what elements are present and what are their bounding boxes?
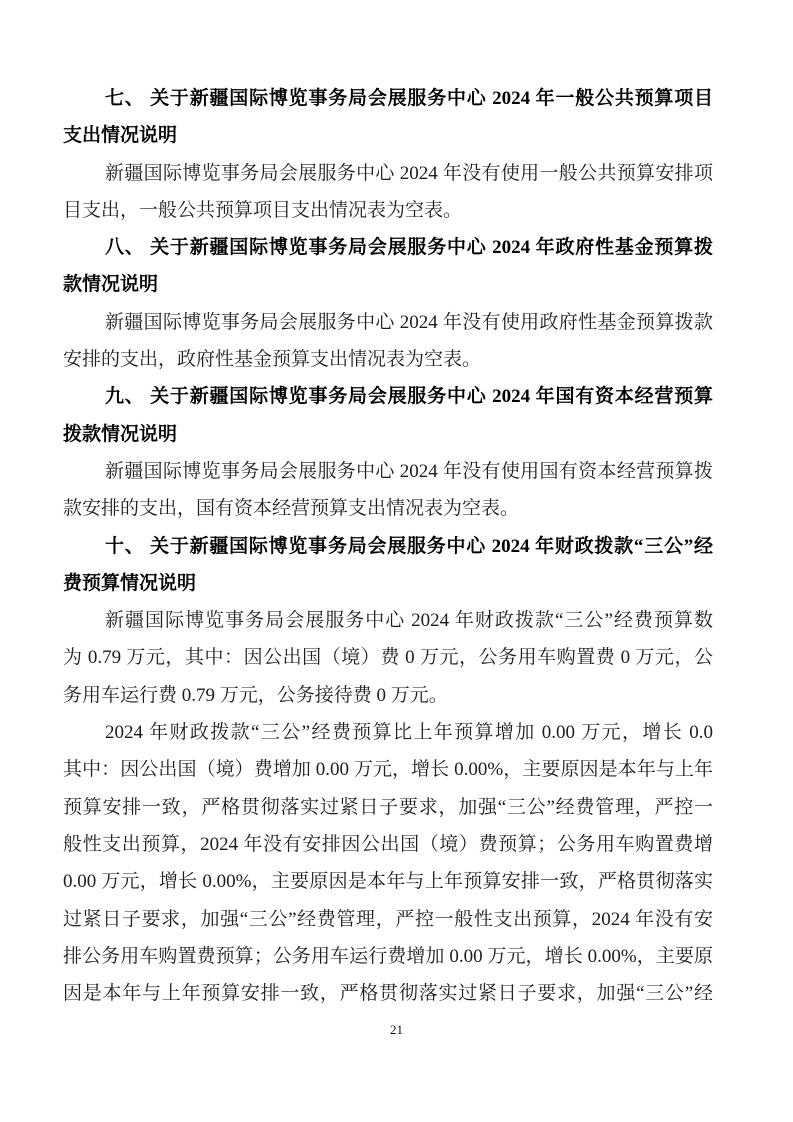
body-line: 新疆国际博览事务局会展服务中心 2024 年没有使用国有资本经营预算拨 [63, 453, 713, 490]
body-line: 目支出，一般公共预算项目支出情况表为空表。 [63, 192, 713, 229]
body-line: 新疆国际博览事务局会展服务中心 2024 年没有使用一般公共预算安排项 [63, 155, 713, 192]
body-line: 新疆国际博览事务局会展服务中心 2024 年财政拨款“三公”经费预算数 [63, 602, 713, 639]
section-7: 七、 关于新疆国际博览事务局会展服务中心 2024 年一般公共预算项目 支出情况… [63, 80, 713, 229]
body-line: 2024 年财政拨款“三公”经费预算比上年预算增加 0.00 万元，增长 0.0… [63, 714, 713, 751]
section-10-paragraph-2: 2024 年财政拨款“三公”经费预算比上年预算增加 0.00 万元，增长 0.0… [63, 714, 713, 1012]
body-line: 务用车运行费 0.79 万元，公务接待费 0 万元。 [63, 677, 713, 714]
heading-line: 十、 关于新疆国际博览事务局会展服务中心 2024 年财政拨款“三公”经 [63, 528, 713, 565]
section-7-heading: 七、 关于新疆国际博览事务局会展服务中心 2024 年一般公共预算项目 支出情况… [63, 80, 713, 155]
section-7-paragraph: 新疆国际博览事务局会展服务中心 2024 年没有使用一般公共预算安排项 目支出，… [63, 155, 713, 230]
heading-line: 支出情况说明 [63, 117, 713, 154]
heading-line: 九、 关于新疆国际博览事务局会展服务中心 2024 年国有资本经营预算 [63, 378, 713, 415]
page-number: 21 [0, 1022, 793, 1038]
page-content: 七、 关于新疆国际博览事务局会展服务中心 2024 年一般公共预算项目 支出情况… [63, 80, 713, 1012]
heading-line: 款情况说明 [63, 266, 713, 303]
heading-line: 拨款情况说明 [63, 416, 713, 453]
body-line: 过紧日子要求，加强“三公”经费管理，严控一般性支出预算，2024 年没有安 [63, 901, 713, 938]
section-9-paragraph: 新疆国际博览事务局会展服务中心 2024 年没有使用国有资本经营预算拨 款安排的… [63, 453, 713, 528]
section-8-paragraph: 新疆国际博览事务局会展服务中心 2024 年没有使用政府性基金预算拨款 安排的支… [63, 304, 713, 379]
body-line: 排公务用车购置费预算；公务用车运行费增加 0.00 万元，增长 0.00%，主要… [63, 938, 713, 975]
body-line: 为 0.79 万元，其中：因公出国（境）费 0 万元，公务用车购置费 0 万元，… [63, 639, 713, 676]
section-10-paragraph-1: 新疆国际博览事务局会展服务中心 2024 年财政拨款“三公”经费预算数 为 0.… [63, 602, 713, 714]
body-line: 安排的支出，政府性基金预算支出情况表为空表。 [63, 341, 713, 378]
body-line: 新疆国际博览事务局会展服务中心 2024 年没有使用政府性基金预算拨款 [63, 304, 713, 341]
body-line: 因是本年与上年预算安排一致，严格贯彻落实过紧日子要求，加强“三公”经 [63, 975, 713, 1012]
body-line: 0.00 万元，增长 0.00%，主要原因是本年与上年预算安排一致，严格贯彻落实 [63, 863, 713, 900]
section-8: 八、 关于新疆国际博览事务局会展服务中心 2024 年政府性基金预算拨 款情况说… [63, 229, 713, 378]
section-9-heading: 九、 关于新疆国际博览事务局会展服务中心 2024 年国有资本经营预算 拨款情况… [63, 378, 713, 453]
section-10: 十、 关于新疆国际博览事务局会展服务中心 2024 年财政拨款“三公”经 费预算… [63, 528, 713, 1013]
body-line: 其中：因公出国（境）费增加 0.00 万元，增长 0.00%，主要原因是本年与上… [63, 751, 713, 788]
heading-line: 七、 关于新疆国际博览事务局会展服务中心 2024 年一般公共预算项目 [63, 80, 713, 117]
section-10-heading: 十、 关于新疆国际博览事务局会展服务中心 2024 年财政拨款“三公”经 费预算… [63, 528, 713, 603]
body-line: 款安排的支出，国有资本经营预算支出情况表为空表。 [63, 490, 713, 527]
heading-line: 费预算情况说明 [63, 565, 713, 602]
heading-line: 八、 关于新疆国际博览事务局会展服务中心 2024 年政府性基金预算拨 [63, 229, 713, 266]
section-9: 九、 关于新疆国际博览事务局会展服务中心 2024 年国有资本经营预算 拨款情况… [63, 378, 713, 527]
section-8-heading: 八、 关于新疆国际博览事务局会展服务中心 2024 年政府性基金预算拨 款情况说… [63, 229, 713, 304]
body-line: 预算安排一致，严格贯彻落实过紧日子要求，加强“三公”经费管理，严控一 [63, 789, 713, 826]
body-line: 般性支出预算，2024 年没有安排因公出国（境）费预算；公务用车购置费增加 [63, 826, 713, 863]
document-page: 七、 关于新疆国际博览事务局会展服务中心 2024 年一般公共预算项目 支出情况… [0, 0, 793, 1122]
